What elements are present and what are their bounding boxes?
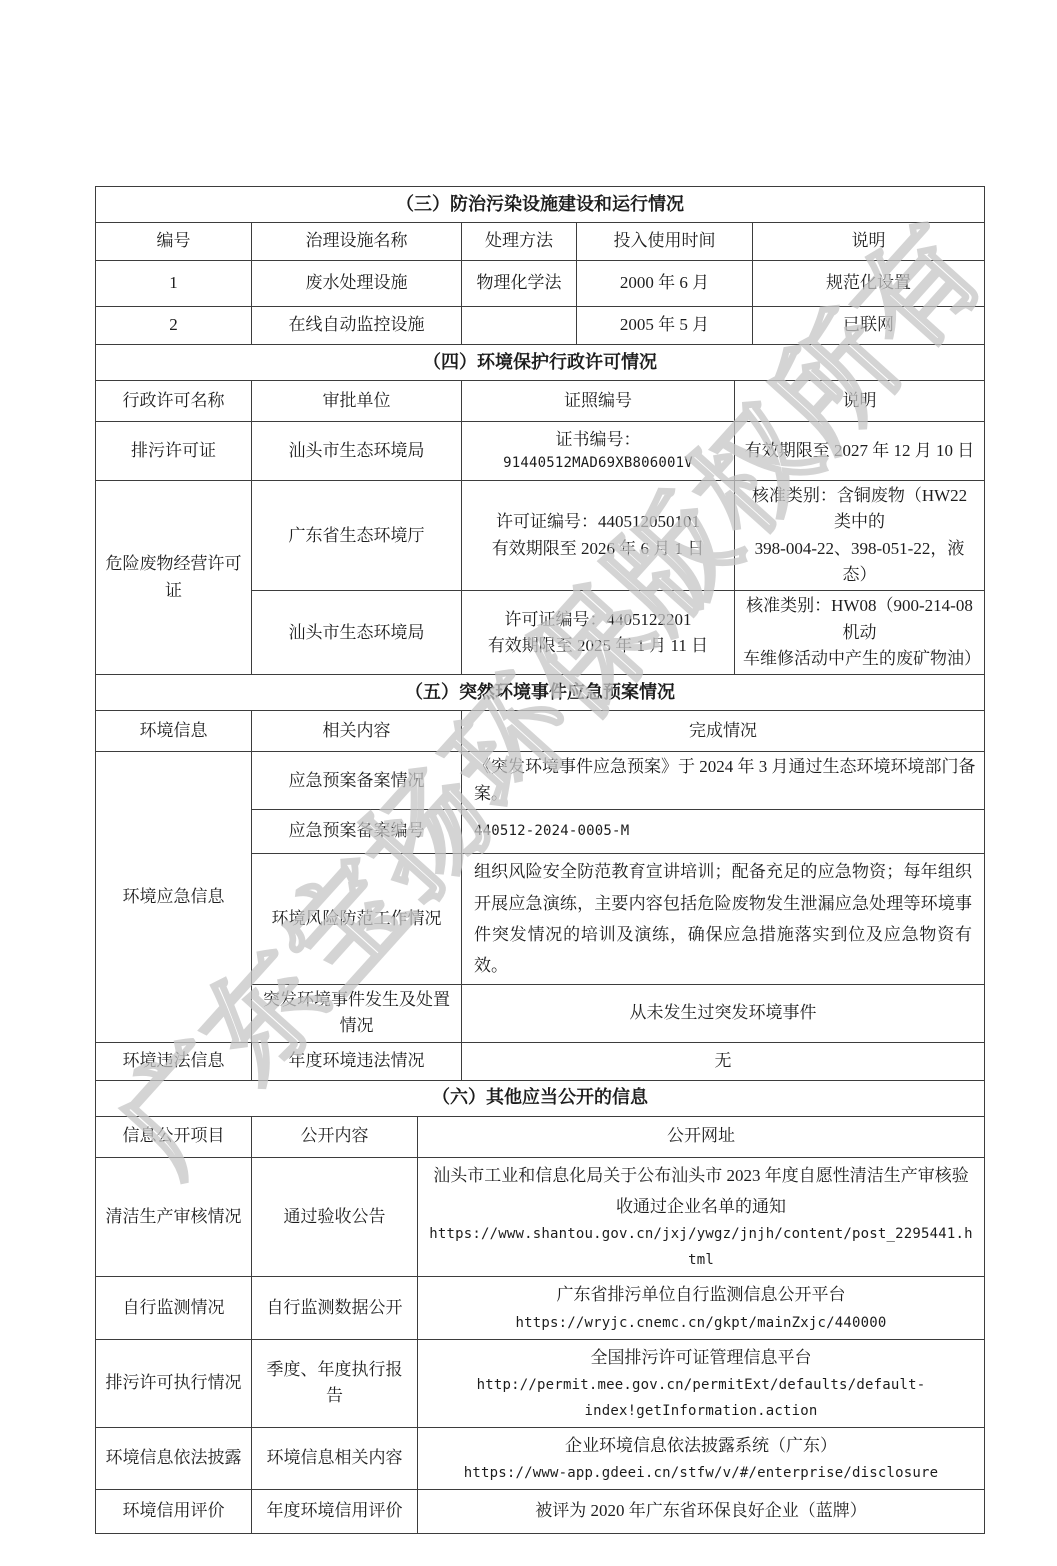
facility-note: 已联网 (753, 307, 985, 345)
cert-number: 许可证编号：440512050101 有效期限至 2026 年 6 月 1 日 (462, 481, 735, 591)
env-violation-label: 环境违法信息 (96, 1042, 252, 1080)
section6-header-row: 信息公开项目 公开内容 公开网址 (96, 1116, 985, 1157)
approval-unit: 汕头市生态环境局 (252, 422, 462, 481)
section4-header-approval-unit: 审批单位 (252, 381, 462, 422)
emergency-content: 440512-2024-0005-M (462, 810, 985, 854)
approval-unit: 汕头市生态环境局 (252, 591, 462, 675)
section5-header-row: 环境信息 相关内容 完成情况 (96, 711, 985, 752)
section5-header-completion: 完成情况 (462, 711, 985, 752)
section6-header-project: 信息公开项目 (96, 1116, 252, 1157)
emergency-item: 应急预案备案情况 (252, 752, 462, 810)
section3-header-time: 投入使用时间 (577, 223, 753, 261)
public-content: 环境信息相关内容 (252, 1427, 418, 1489)
cert-label: 证书编号： (470, 427, 726, 453)
url-description: 广东省排污单位自行监测信息公开平台 (426, 1279, 976, 1310)
note-line: 398-004-22、398-051-22，液态） (743, 536, 976, 589)
emergency-item: 环境风险防范工作情况 (252, 854, 462, 985)
section-admin-permits: （四）环境保护行政许可情况 行政许可名称 审批单位 证照编号 说明 排污许可证 … (95, 344, 985, 675)
note-line: 核准类别：含铜废物（HW22 类中的 (743, 483, 976, 536)
section5-header-env-info: 环境信息 (96, 711, 252, 752)
url-link: http://permit.mee.gov.cn/permitExt/defau… (426, 1373, 976, 1425)
section4-header-note: 说明 (735, 381, 985, 422)
public-content: 年度环境信用评价 (252, 1490, 418, 1534)
public-project: 自行监测情况 (96, 1277, 252, 1339)
public-url: 被评为 2020 年广东省环保良好企业（蓝牌） (418, 1490, 985, 1534)
table-row: 环境应急信息 应急预案备案情况 《突发环境事件应急预案》于 2024 年 3 月… (96, 752, 985, 810)
permit-note: 有效期限至 2027 年 12 月 10 日 (735, 422, 985, 481)
section5-title: （五）突然环境事件应急预案情况 (96, 675, 985, 711)
public-project: 清洁生产审核情况 (96, 1157, 252, 1277)
table-row: 清洁生产审核情况 通过验收公告 汕头市工业和信息化局关于公布汕头市 2023 年… (96, 1157, 985, 1277)
note-line: 核准类别：HW08（900-214-08 机动 (743, 593, 976, 646)
url-description: 企业环境信息依法披露系统（广东） (426, 1430, 976, 1461)
table-row: 环境违法信息 年度环境违法情况 无 (96, 1042, 985, 1080)
facility-note: 规范化设置 (753, 261, 985, 307)
url-link: https://wryjc.cnemc.cn/gkpt/mainZxjc/440… (426, 1311, 976, 1337)
cert-code: 91440512MAD69XB806001V (470, 453, 726, 475)
public-content: 通过验收公告 (252, 1157, 418, 1277)
cert-number: 证书编号： 91440512MAD69XB806001V (462, 422, 735, 481)
section5-header-related-content: 相关内容 (252, 711, 462, 752)
table-row: 自行监测情况 自行监测数据公开 广东省排污单位自行监测信息公开平台 https:… (96, 1277, 985, 1339)
url-link: https://www.shantou.gov.cn/jxj/ywgz/jnjh… (426, 1222, 976, 1274)
section3-header-no: 编号 (96, 223, 252, 261)
facility-no: 1 (96, 261, 252, 307)
approval-unit: 广东省生态环境厅 (252, 481, 462, 591)
cert-number: 许可证编号：4405122201 有效期限至 2025 年 1 月 11 日 (462, 591, 735, 675)
cert-line: 许可证编号：4405122201 (470, 607, 726, 633)
permit-note: 核准类别：HW08（900-214-08 机动 车维修活动中产生的废矿物油） (735, 591, 985, 675)
section4-header-cert-no: 证照编号 (462, 381, 735, 422)
section3-header-method: 处理方法 (462, 223, 577, 261)
public-project: 排污许可执行情况 (96, 1339, 252, 1427)
disclosure-table: （三）防治污染设施建设和运行情况 编号 治理设施名称 处理方法 投入使用时间 说… (95, 186, 984, 1534)
public-url: 汕头市工业和信息化局关于公布汕头市 2023 年度自愿性清洁生产审核验收通过企业… (418, 1157, 985, 1277)
cert-validity: 有效期限至 2025 年 1 月 11 日 (470, 633, 726, 659)
section3-header-facility-name: 治理设施名称 (252, 223, 462, 261)
facility-name: 在线自动监控设施 (252, 307, 462, 345)
note-line: 车维修活动中产生的废矿物油） (743, 646, 976, 672)
permit-note: 核准类别：含铜废物（HW22 类中的 398-004-22、398-051-22… (735, 481, 985, 591)
facility-time: 2000 年 6 月 (577, 261, 753, 307)
url-link: https://www-app.gdeei.cn/stfw/v/#/enterp… (426, 1461, 976, 1487)
emergency-content: 组织风险安全防范教育宣讲培训；配备充足的应急物资；每年组织开展应急演练，主要内容… (462, 854, 985, 985)
section3-header-row: 编号 治理设施名称 处理方法 投入使用时间 说明 (96, 223, 985, 261)
permit-name: 排污许可证 (96, 422, 252, 481)
public-url: 企业环境信息依法披露系统（广东） https://www-app.gdeei.c… (418, 1427, 985, 1489)
table-row: 1 废水处理设施 物理化学法 2000 年 6 月 规范化设置 (96, 261, 985, 307)
section-pollution-facilities: （三）防治污染设施建设和运行情况 编号 治理设施名称 处理方法 投入使用时间 说… (95, 186, 985, 345)
facility-name: 废水处理设施 (252, 261, 462, 307)
facility-method (462, 307, 577, 345)
section4-title: （四）环境保护行政许可情况 (96, 345, 985, 381)
table-row: 排污许可执行情况 季度、年度执行报告 全国排污许可证管理信息平台 http://… (96, 1339, 985, 1427)
facility-method: 物理化学法 (462, 261, 577, 307)
section6-header-content: 公开内容 (252, 1116, 418, 1157)
table-row: 环境信用评价 年度环境信用评价 被评为 2020 年广东省环保良好企业（蓝牌） (96, 1490, 985, 1534)
table-row: 环境信息依法披露 环境信息相关内容 企业环境信息依法披露系统（广东） https… (96, 1427, 985, 1489)
table-row: 危险废物经营许可证 广东省生态环境厅 许可证编号：440512050101 有效… (96, 481, 985, 591)
table-row: 2 在线自动监控设施 2005 年 5 月 已联网 (96, 307, 985, 345)
public-url: 广东省排污单位自行监测信息公开平台 https://wryjc.cnemc.cn… (418, 1277, 985, 1339)
section3-title: （三）防治污染设施建设和运行情况 (96, 187, 985, 223)
facility-time: 2005 年 5 月 (577, 307, 753, 345)
public-content: 季度、年度执行报告 (252, 1339, 418, 1427)
section-other-public-info: （六）其他应当公开的信息 信息公开项目 公开内容 公开网址 清洁生产审核情况 通… (95, 1080, 985, 1535)
table-row: 排污许可证 汕头市生态环境局 证书编号： 91440512MAD69XB8060… (96, 422, 985, 481)
env-emergency-info-label: 环境应急信息 (96, 752, 252, 1042)
public-content: 自行监测数据公开 (252, 1277, 418, 1339)
section-emergency-plan: （五）突然环境事件应急预案情况 环境信息 相关内容 完成情况 环境应急信息 应急… (95, 674, 985, 1080)
emergency-content: 《突发环境事件应急预案》于 2024 年 3 月通过生态环境环境部门备案。 (462, 752, 985, 810)
section6-header-url: 公开网址 (418, 1116, 985, 1157)
url-description: 汕头市工业和信息化局关于公布汕头市 2023 年度自愿性清洁生产审核验收通过企业… (426, 1160, 976, 1223)
public-url: 全国排污许可证管理信息平台 http://permit.mee.gov.cn/p… (418, 1339, 985, 1427)
emergency-item: 应急预案备案编号 (252, 810, 462, 854)
section6-title: （六）其他应当公开的信息 (96, 1080, 985, 1116)
emergency-item: 突发环境事件发生及处置情况 (252, 984, 462, 1042)
emergency-content: 从未发生过突发环境事件 (462, 984, 985, 1042)
section4-header-row: 行政许可名称 审批单位 证照编号 说明 (96, 381, 985, 422)
url-description: 被评为 2020 年广东省环保良好企业（蓝牌） (426, 1498, 976, 1524)
facility-no: 2 (96, 307, 252, 345)
permit-name: 危险废物经营许可证 (96, 481, 252, 675)
public-project: 环境信息依法披露 (96, 1427, 252, 1489)
violation-content: 无 (462, 1042, 985, 1080)
cert-validity: 有效期限至 2026 年 6 月 1 日 (470, 536, 726, 562)
section3-header-note: 说明 (753, 223, 985, 261)
cert-line: 许可证编号：440512050101 (470, 509, 726, 535)
public-project: 环境信用评价 (96, 1490, 252, 1534)
url-description: 全国排污许可证管理信息平台 (426, 1342, 976, 1373)
section4-header-permit-name: 行政许可名称 (96, 381, 252, 422)
violation-item: 年度环境违法情况 (252, 1042, 462, 1080)
